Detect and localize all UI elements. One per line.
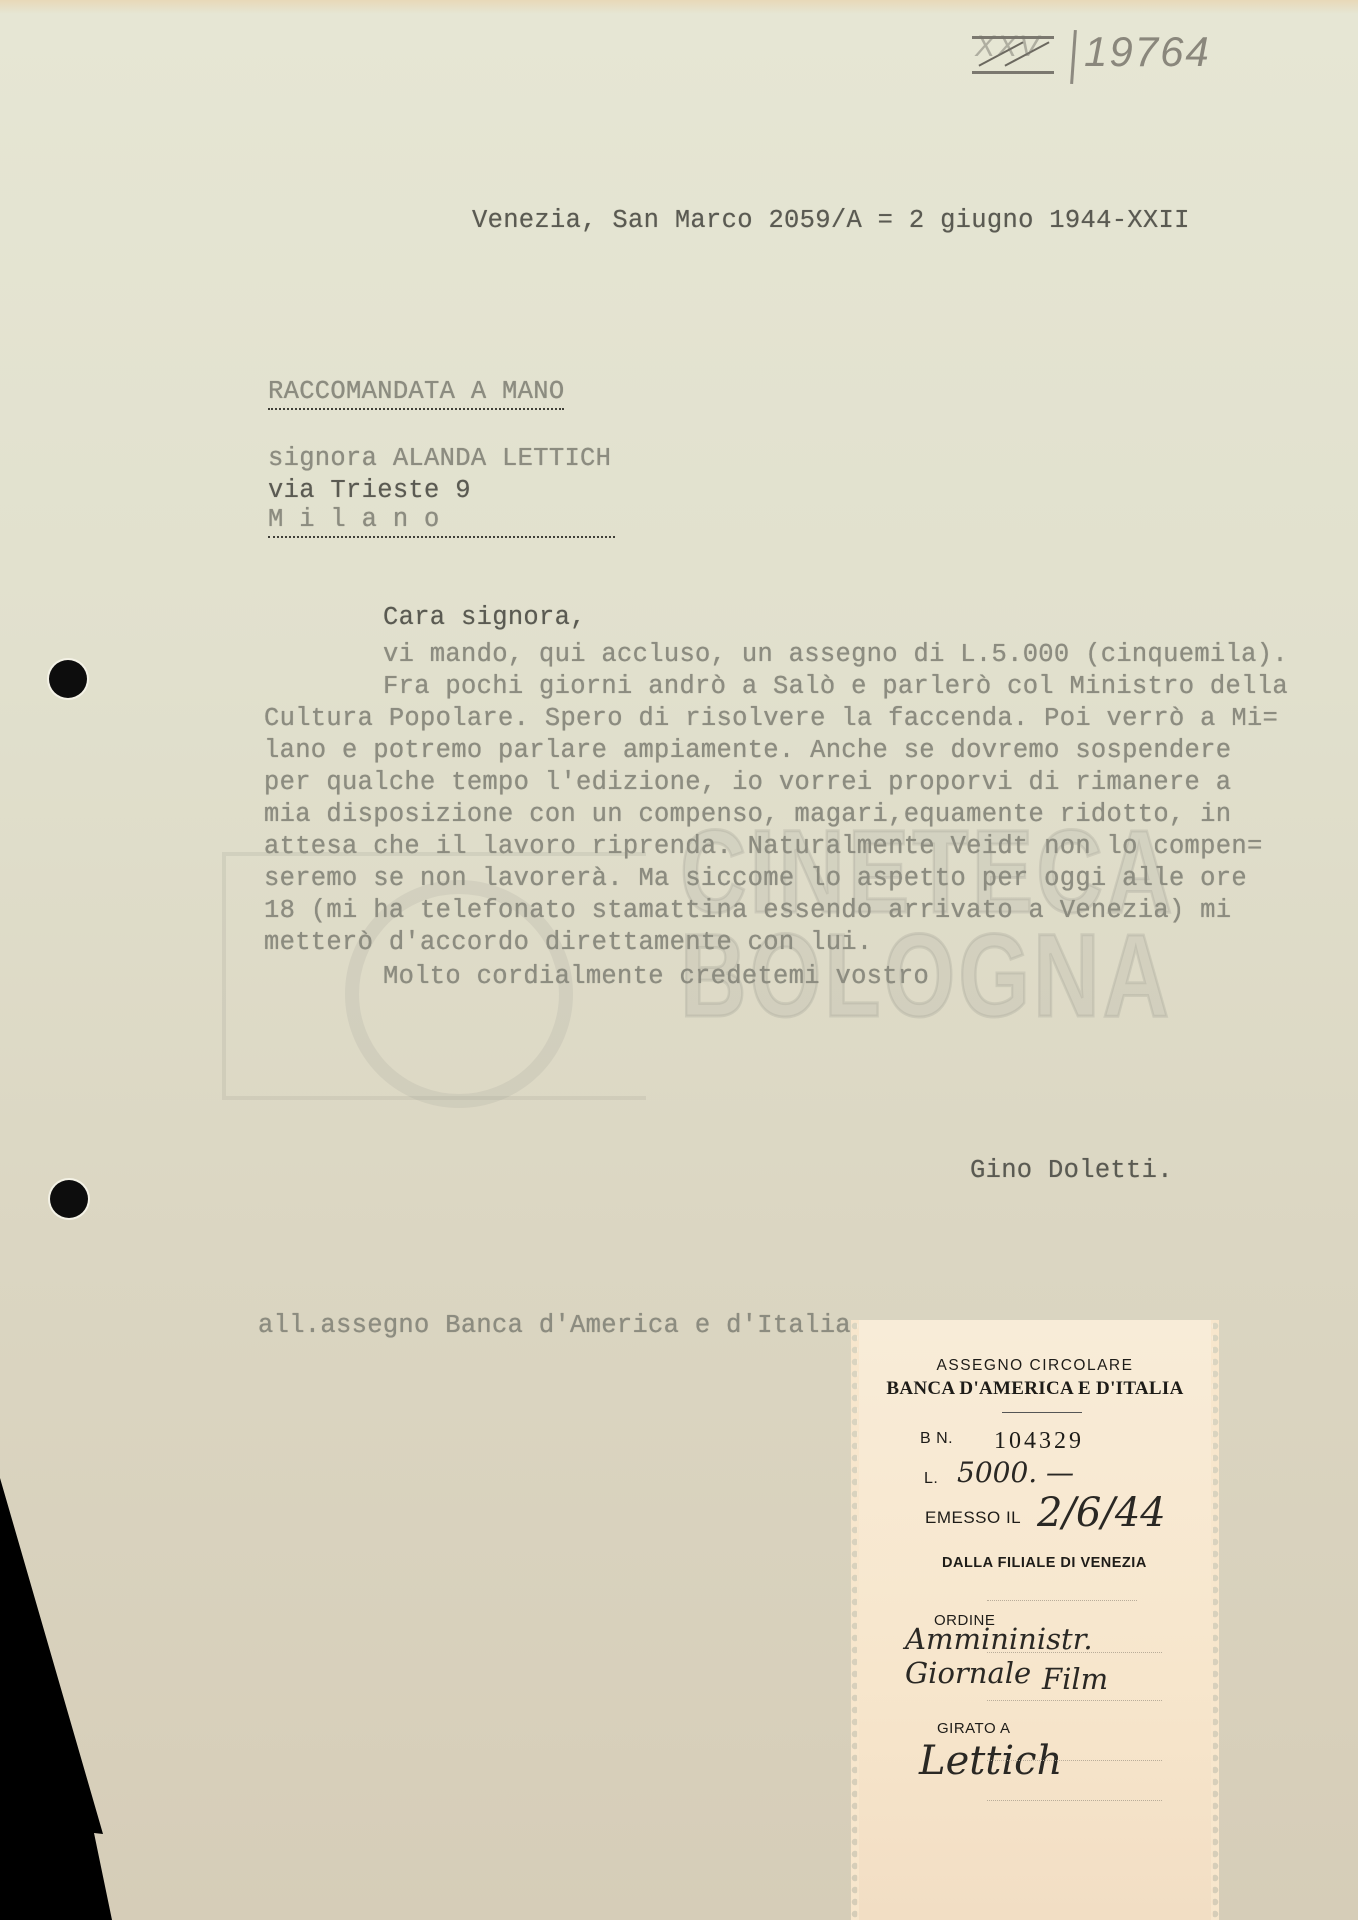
cheque-dotted-line	[987, 1600, 1137, 1601]
letter-page: XXV 19764 CINETECA BOLOGNA Venezia, San …	[0, 0, 1358, 1920]
cheque-bank-name: BANCA D'AMERICA E D'ITALIA	[857, 1378, 1213, 1400]
closing: Molto cordialmente credetemi vostro	[383, 962, 929, 991]
cheque-dotted-line	[987, 1652, 1162, 1653]
cheque-title: ASSEGNO CIRCOLARE	[857, 1357, 1213, 1375]
recipient-street: via Trieste 9	[268, 476, 471, 505]
salutation: Cara signora,	[383, 603, 586, 632]
cheque-bn-label: B N.	[920, 1430, 953, 1448]
body-line: mia disposizione con un compenso, magari…	[264, 800, 1231, 829]
place-date-line: Venezia, San Marco 2059/A = 2 giugno 194…	[472, 206, 1190, 235]
recipient-name: signora ALANDA LETTICH	[268, 444, 611, 473]
cheque-order-payee-2: Film	[1042, 1662, 1108, 1696]
signature: Gino Doletti.	[970, 1156, 1173, 1185]
cheque-divider	[1002, 1412, 1082, 1413]
cheque-dotted-line	[987, 1800, 1162, 1801]
body-line: lano e potremo parlare ampiamente. Anche…	[264, 736, 1231, 765]
body-line: Fra pochi giorni andrò a Salò e parlerò …	[383, 672, 1288, 701]
enclosure-note: all.assegno Banca d'America e d'Italia	[258, 1311, 851, 1340]
body-line: Cultura Popolare. Spero di risolvere la …	[264, 704, 1278, 733]
punch-hole-top	[49, 660, 87, 698]
cheque-bn-number: 104329	[994, 1428, 1084, 1455]
body-line: 18 (mi ha telefonato stamattina essendo …	[264, 896, 1231, 925]
body-line: seremo se non lavorerà. Ma siccome lo as…	[264, 864, 1247, 893]
archive-struck-text: XXV	[975, 30, 1041, 64]
body-line: per qualche tempo l'edizione, io vorrei …	[264, 768, 1231, 797]
archive-number: 19764	[1084, 28, 1211, 76]
cheque-branch: DALLA FILIALE DI VENEZIA	[942, 1555, 1147, 1571]
archive-separator	[1070, 30, 1077, 84]
body-line: vi mando, qui accluso, un assegno di L.5…	[383, 640, 1288, 669]
paper-top-edge	[0, 0, 1358, 14]
cheque-dotted-line	[987, 1760, 1162, 1761]
cheque-endorsed-label: GIRATO A	[937, 1720, 1010, 1737]
body-line: attesa che il lavoro riprenda. Naturalme…	[264, 832, 1263, 861]
punch-hole-bottom	[50, 1180, 88, 1218]
recipient-city: M i l a n o	[268, 505, 615, 538]
cheque-issued-label: EMESSO IL	[925, 1508, 1021, 1528]
cheque-amount-label: L.	[924, 1470, 938, 1488]
body-line: metterò d'accordo direttamente con lui.	[264, 928, 873, 957]
cheque-amount: 5000. —	[957, 1456, 1074, 1489]
cheque-dotted-line	[987, 1700, 1162, 1701]
cheque-endorsed-signature: Lettich	[919, 1738, 1062, 1784]
delivery-heading: RACCOMANDATA A MANO	[268, 377, 564, 410]
cheque-issued-date: 2/6/44	[1037, 1490, 1166, 1536]
attached-cheque: ASSEGNO CIRCOLARE BANCA D'AMERICA E D'IT…	[857, 1320, 1213, 1920]
